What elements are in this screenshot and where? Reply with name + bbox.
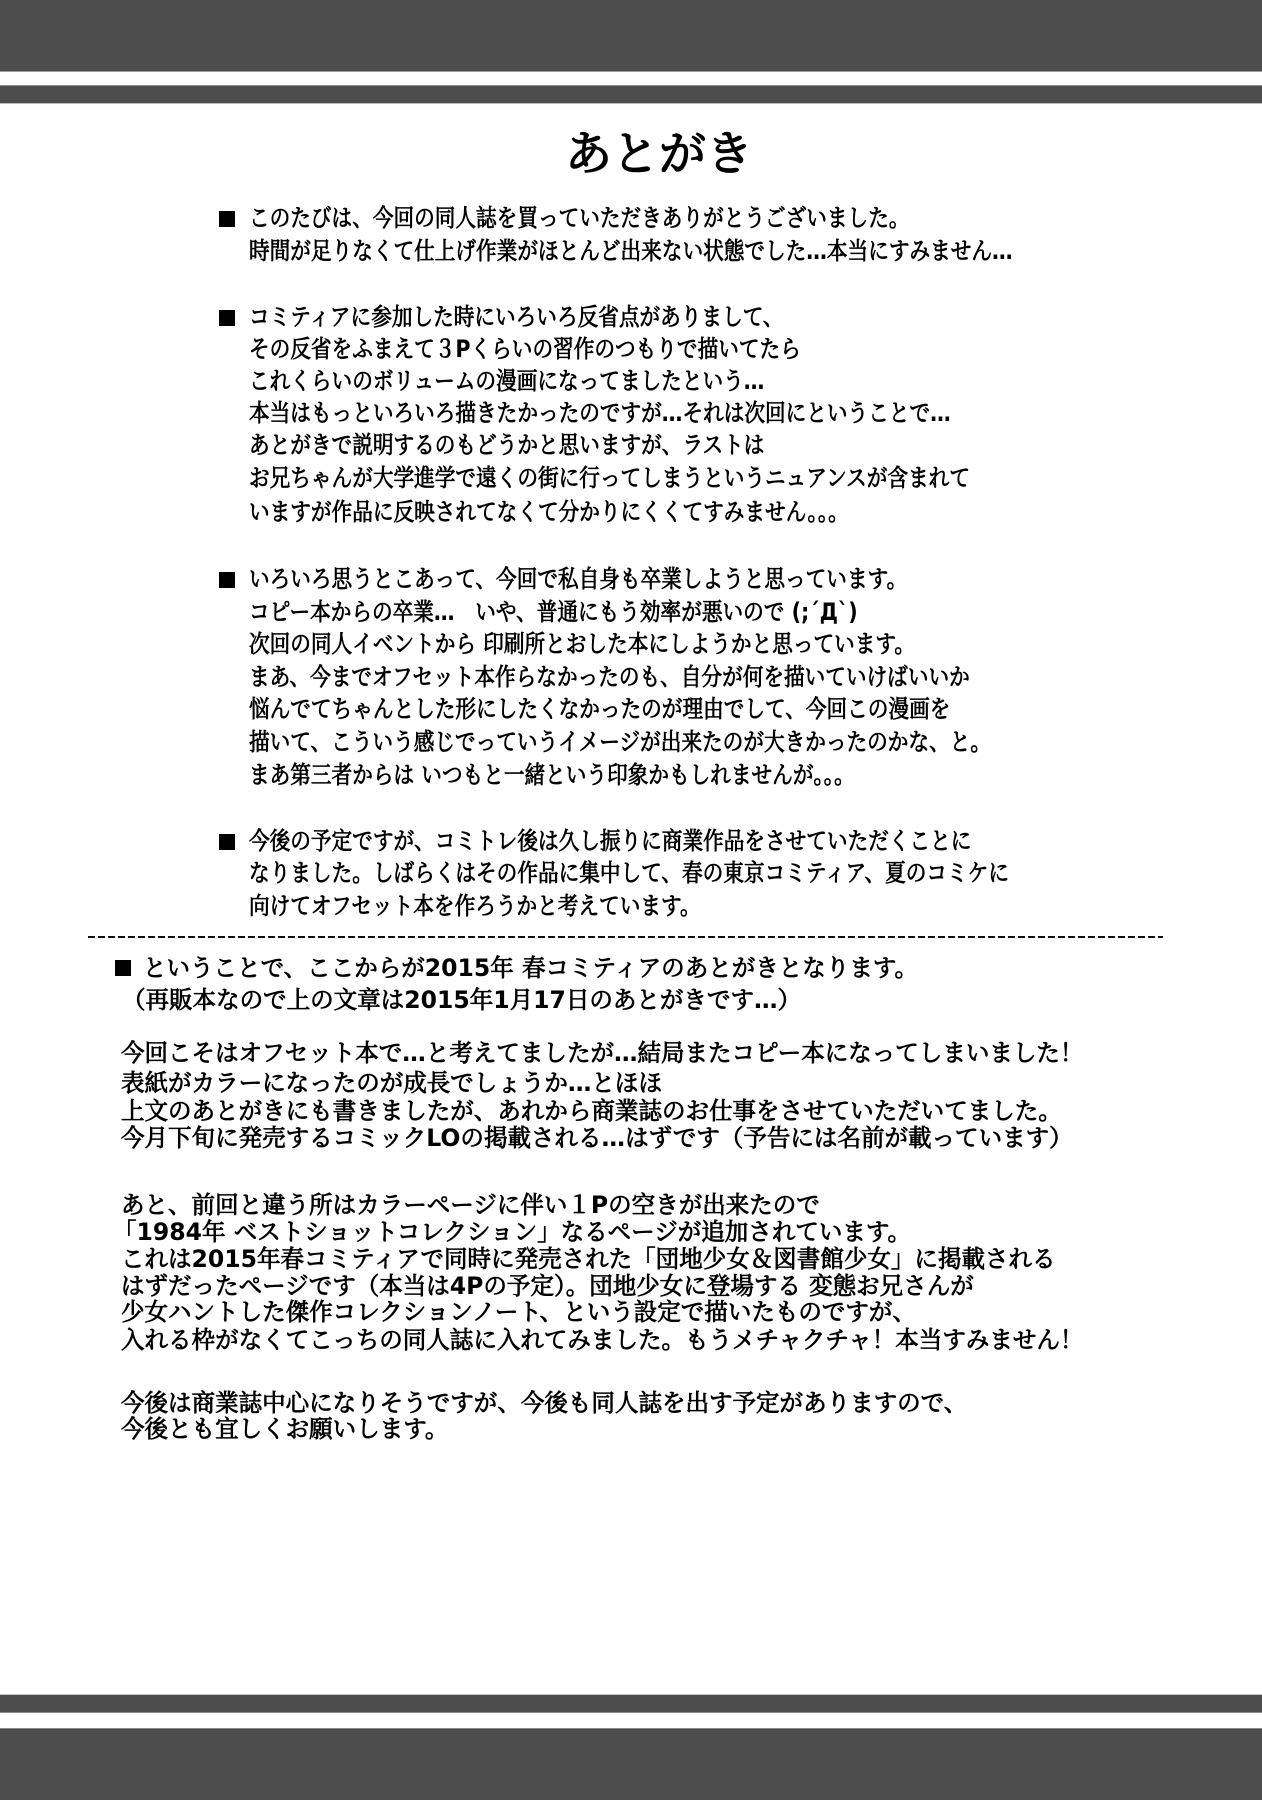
text-line: 次回の同人イベントから 印刷所とおした本にしようかと思っています。	[249, 629, 915, 659]
text-line: あと、前回と違う所はカラーページに伴い１Pの空きが出来たので	[121, 1190, 820, 1220]
text-line: 今後とも宜しくお願いします。	[121, 1414, 448, 1444]
bullet-square-icon	[219, 211, 235, 227]
text-line: いろいろ思うとこあって、今回で私自身も卒業しようと思っています。	[249, 564, 907, 594]
text-line: 今後の予定ですが、コミトレ後は久し振りに商業作品をさせていただくことに	[249, 826, 971, 856]
top-frame-bar	[0, 0, 1262, 72]
text-line: コピー本からの卒業… いや、普通にもう効率が悪いので (;´Д`)	[249, 597, 858, 627]
text-line: なりました。しばらくはその作品に集中して、春の東京コミティア、夏のコミケに	[249, 858, 1009, 888]
bottom-frame-bar	[0, 1728, 1262, 1800]
bottom-frame-thin-bar	[0, 1694, 1262, 1713]
section-header-line: （再販本なので上の文章は2015年1月17日のあとがきです…）	[122, 985, 801, 1015]
text-line: 今回こそはオフセット本で…と考えてましたが…結局またコピー本になってしまいました…	[121, 1038, 1083, 1068]
dashed-divider	[88, 936, 1163, 938]
text-line: お兄ちゃんが大学進学で遠くの街に行ってしまうというニュアンスが含まれて	[249, 463, 970, 493]
text-line: 悩んでてちゃんとした形にしたくなかったのが理由でして、今回この漫画を	[249, 694, 950, 724]
text-line: あとがきで説明するのもどうかと思いますが、ラストは	[249, 430, 764, 460]
text-line: いますが作品に反映されてなくて分かりにくくてすみません。。。	[249, 497, 849, 527]
text-line: コミティアに参加した時にいろいろ反省点がありまして、	[249, 302, 784, 332]
text-line: 向けてオフセット本を作ろうかと考えています。	[249, 891, 701, 921]
text-line: 上文のあとがきにも書きましたが、あれから商業誌のお仕事をさせていただいてました。	[121, 1096, 1062, 1126]
text-line: 入れる枠がなくてこっちの同人誌に入れてみました。もうメチャクチャ！本当すみません…	[121, 1325, 1083, 1355]
text-line: 「1984年 ベストショットコレクション」なるページが追加されています。	[113, 1217, 911, 1247]
text-line: まあ第三者からは いつもと一緒という印象かもしれませんが。。。	[249, 760, 855, 790]
text-line: 今月下旬に発売するコミックLOの掲載される…はずです（予告には名前が載っています…	[121, 1123, 1073, 1153]
bullet-square-icon	[219, 572, 235, 588]
text-line: その反省をふまえて３Pくらいの習作のつもりで描いてたら	[249, 334, 801, 364]
text-line: 本当はもっといろいろ描きたかったのですが…それは次回にということで…	[249, 398, 951, 428]
page-title: あとがき	[0, 126, 1262, 184]
text-line: まあ、今までオフセット本作らなかったのも、自分が何を描いていけばいいか	[249, 662, 970, 692]
bullet-square-icon	[115, 960, 131, 976]
text-line: これは2015年春コミティアで同時に発売された「団地少女＆図書館少女」に掲載され…	[121, 1244, 1056, 1274]
section-header-line: ということで、ここからが2015年 春コミティアのあとがきとなります。	[143, 953, 918, 983]
text-line: 描いて、こういう感じでっていうイメージが出来たのが大きかったのかな、と。	[249, 727, 991, 757]
text-line: 時間が足りなくて仕上げ作業がほとんど出来ない状態でした…本当にすみません…	[249, 236, 1013, 266]
bullet-square-icon	[219, 834, 235, 850]
bullet-square-icon	[219, 310, 235, 326]
text-line: このたびは、今回の同人誌を買っていただきありがとうございました。	[249, 203, 909, 233]
top-frame-thin-bar	[0, 85, 1262, 104]
text-line: これくらいのボリュームの漫画になってましたという…	[249, 366, 764, 396]
text-line: 表紙がカラーになったのが成長でしょうか…とほほ	[121, 1068, 662, 1098]
text-line: 少女ハントした傑作コレクションノート、という設定で描いたものですが、	[121, 1297, 916, 1327]
